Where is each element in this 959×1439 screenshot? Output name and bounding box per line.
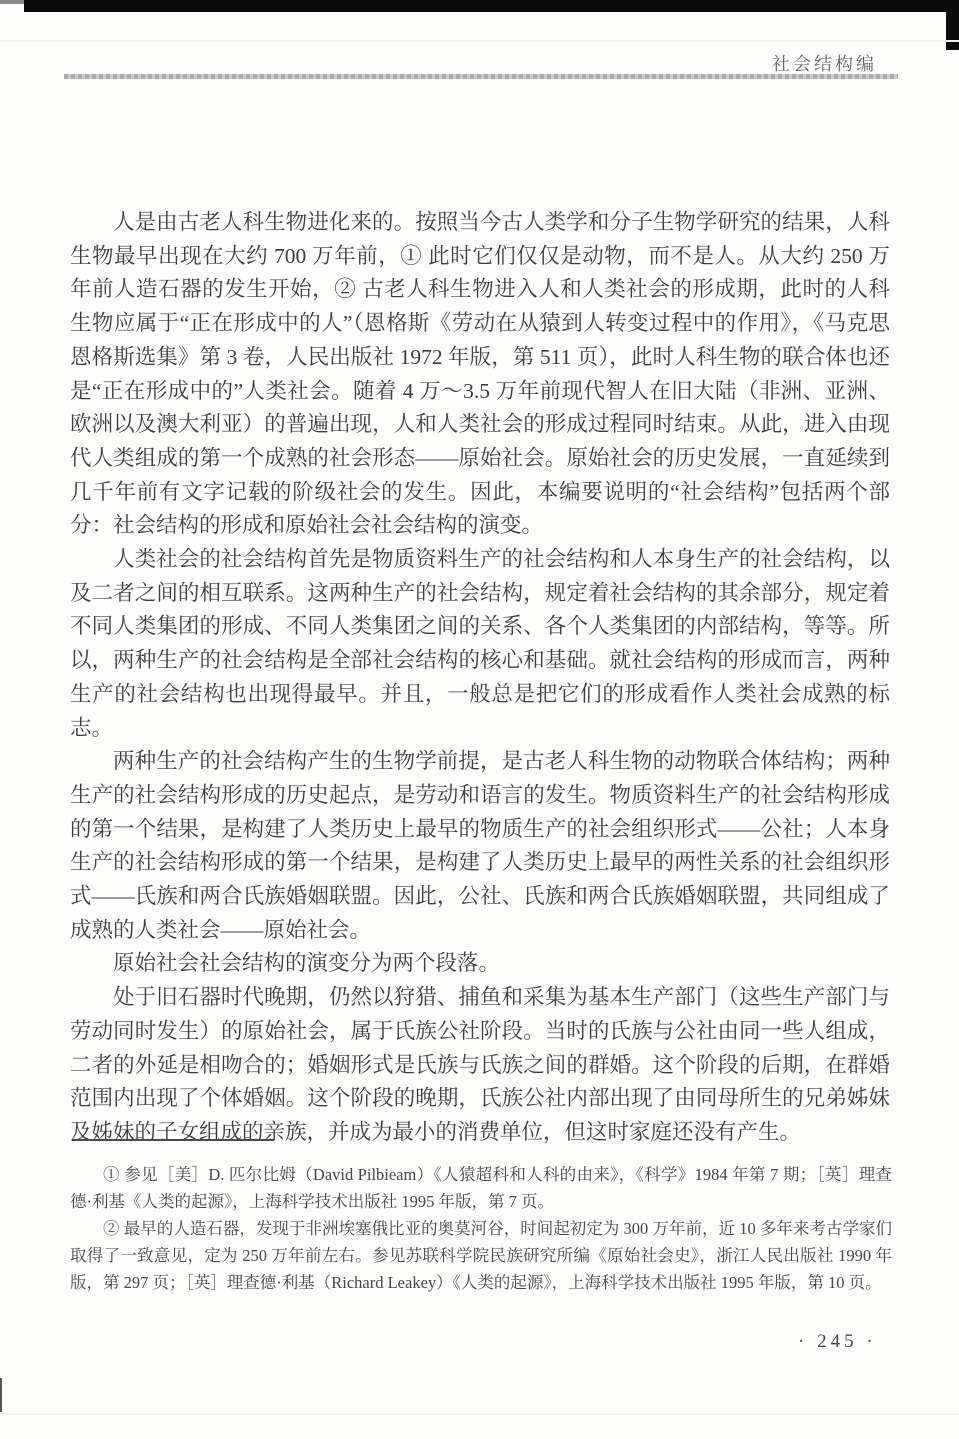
footnote-separator-rule: [72, 1139, 274, 1141]
paragraph: 人是由古老人科生物进化来的。按照当今古人类学和分子生物学研究的结果，人科生物最早…: [70, 206, 890, 543]
book-page: 社会结构编 人是由古老人科生物进化来的。按照当今古人类学和分子生物学研究的结果，…: [0, 0, 959, 1439]
scan-top-edge: [24, 0, 959, 12]
header-rule: [64, 74, 898, 79]
page-number: · 245 ·: [798, 1331, 877, 1353]
footnote: ① 参见［美］D. 匹尔比姆（David Pilbieam）《人猿超科和人科的由…: [70, 1161, 892, 1215]
footnotes: ① 参见［美］D. 匹尔比姆（David Pilbieam）《人猿超科和人科的由…: [70, 1161, 892, 1296]
paragraph: 处于旧石器时代晚期，仍然以狩猎、捕鱼和采集为基本生产部门（这些生产部门与劳动同时…: [70, 981, 890, 1150]
scan-left-hairline: [0, 1378, 2, 1412]
running-header: 社会结构编: [772, 50, 877, 76]
scan-corner-edge: [946, 0, 959, 50]
paragraph: 人类社会的社会结构首先是物质资料生产的社会结构和人本身生产的社会结构，以及二者之…: [70, 543, 890, 745]
body-text: 人是由古老人科生物进化来的。按照当今古人类学和分子生物学研究的结果，人科生物最早…: [70, 206, 890, 1150]
paragraph: 两种生产的社会结构产生的生物学前提，是古老人科生物的动物联合体结构；两种生产的社…: [70, 745, 890, 947]
scan-band: [0, 1413, 959, 1415]
scan-top-edge-fade: [0, 0, 24, 4]
paragraph: 原始社会社会结构的演变分为两个段落。: [70, 947, 890, 981]
footnote: ② 最早的人造石器，发现于非洲埃塞俄比亚的奥莫河谷，时间起初定为 300 万年前…: [70, 1215, 892, 1296]
scan-band: [0, 40, 959, 42]
